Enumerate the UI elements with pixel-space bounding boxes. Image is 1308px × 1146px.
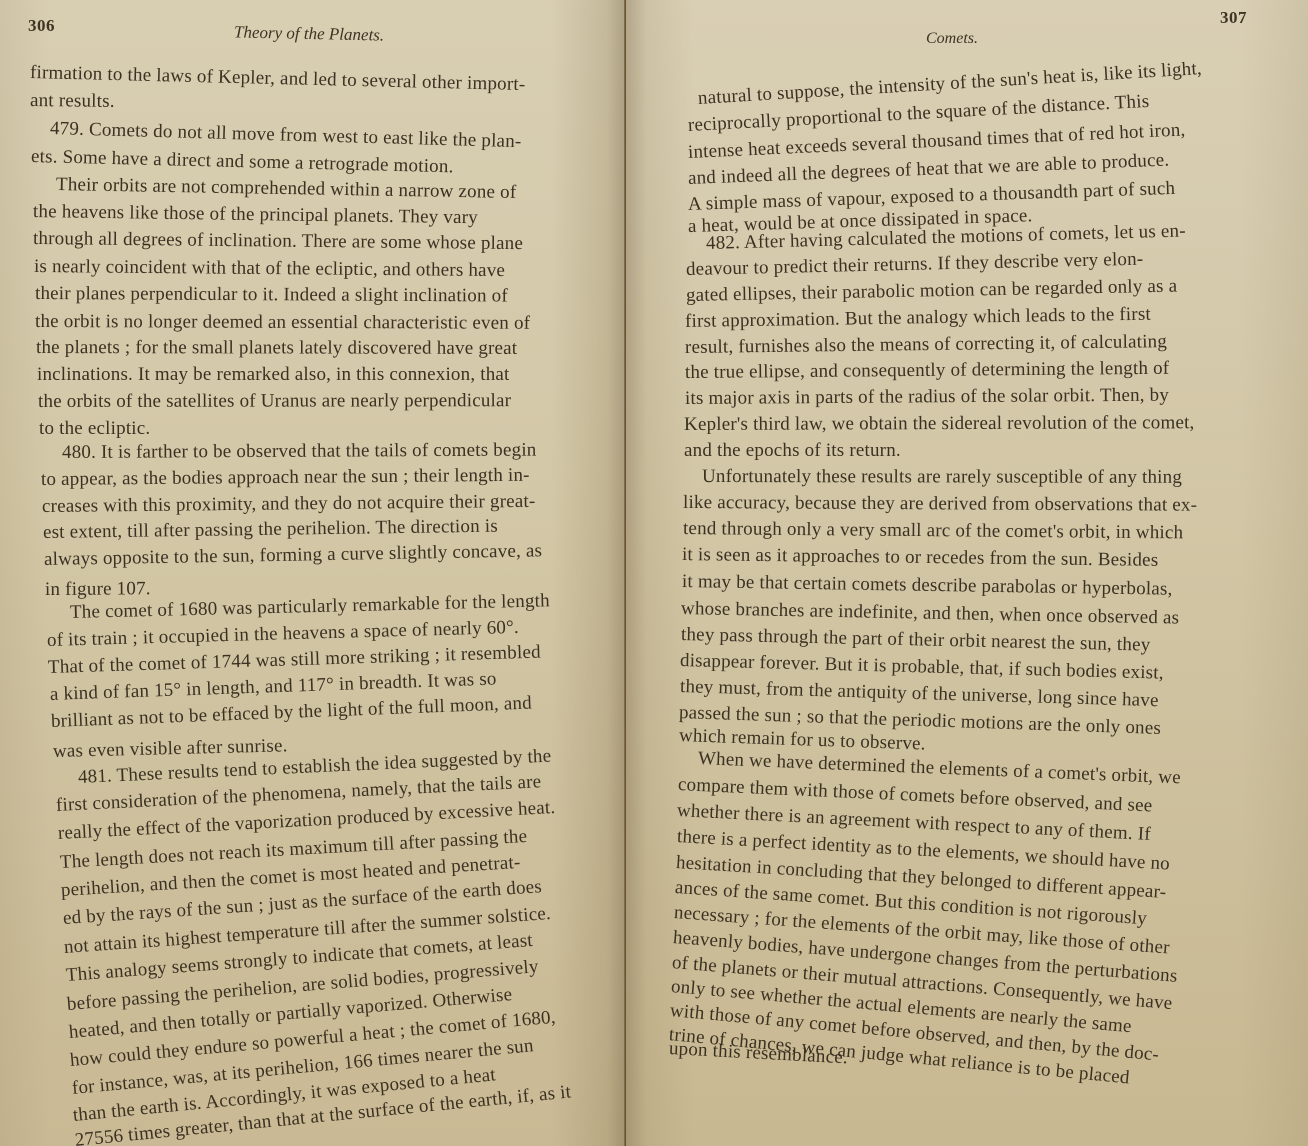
text-line: the true ellipse, and consequently of de… [685,358,1169,384]
right-page-number: 307 [1220,8,1247,28]
text-line: the orbits of the satellites of Uranus a… [38,390,511,413]
text-line: is nearly coincident with that of the ec… [34,256,505,282]
text-line: their planes perpendicular to it. Indeed… [35,283,508,307]
text-line: result, furnishes also the means of corr… [685,331,1167,359]
text-line: creases with this proximity, and they do… [42,491,536,518]
text-line: gated ellipses, their parabolic motion c… [686,276,1178,307]
text-line: to the ecliptic. [39,418,150,440]
text-line: to appear, as the bodies approach near t… [41,465,530,491]
text-line: its major axis in parts of the radius of… [685,385,1169,410]
text-line: and the epochs of its return. [684,440,901,462]
right-page: 307 Comets. natural to suppose, the inte… [626,0,1308,1146]
text-line: Unfortunately these results are rarely s… [702,466,1182,489]
text-line: Kepler's third law, we obtain the sidere… [684,412,1195,436]
left-page: 306 Theory of the Planets. firmation to … [0,0,626,1146]
open-book-spread: 306 Theory of the Planets. firmation to … [0,0,1308,1146]
text-line: est extent, till after passing the perih… [43,516,498,544]
text-line: it is seen as it approaches to or recede… [682,544,1159,572]
text-line: ets. Some have a direct and some a retro… [31,146,454,178]
text-line: the orbit is no longer deemed an essenti… [35,311,530,335]
text-line: like accuracy, because they are derived … [683,492,1197,517]
text-line: the planets ; for the small planets late… [36,337,517,360]
text-line: in figure 107. [45,578,151,601]
left-page-number: 306 [28,16,55,36]
text-line: Their orbits are not comprehended within… [56,174,517,204]
text-line: 480. It is farther to be observed that t… [62,440,537,464]
text-line: it may be that certain comets describe p… [682,571,1173,601]
text-line: always opposite to the sun, forming a cu… [44,540,543,571]
text-line: inclinations. It may be remarked also, i… [37,364,510,386]
text-line: first approximation. But the analogy whi… [685,304,1151,333]
text-line: ant results. [30,90,115,113]
left-running-title: Theory of the Planets. [234,22,385,45]
text-line: tend through only a very small arc of th… [683,518,1183,544]
text-line: the heavens like those of the principal … [33,201,478,229]
right-running-title: Comets. [926,30,978,48]
text-line: through all degrees of inclination. Ther… [33,228,523,255]
